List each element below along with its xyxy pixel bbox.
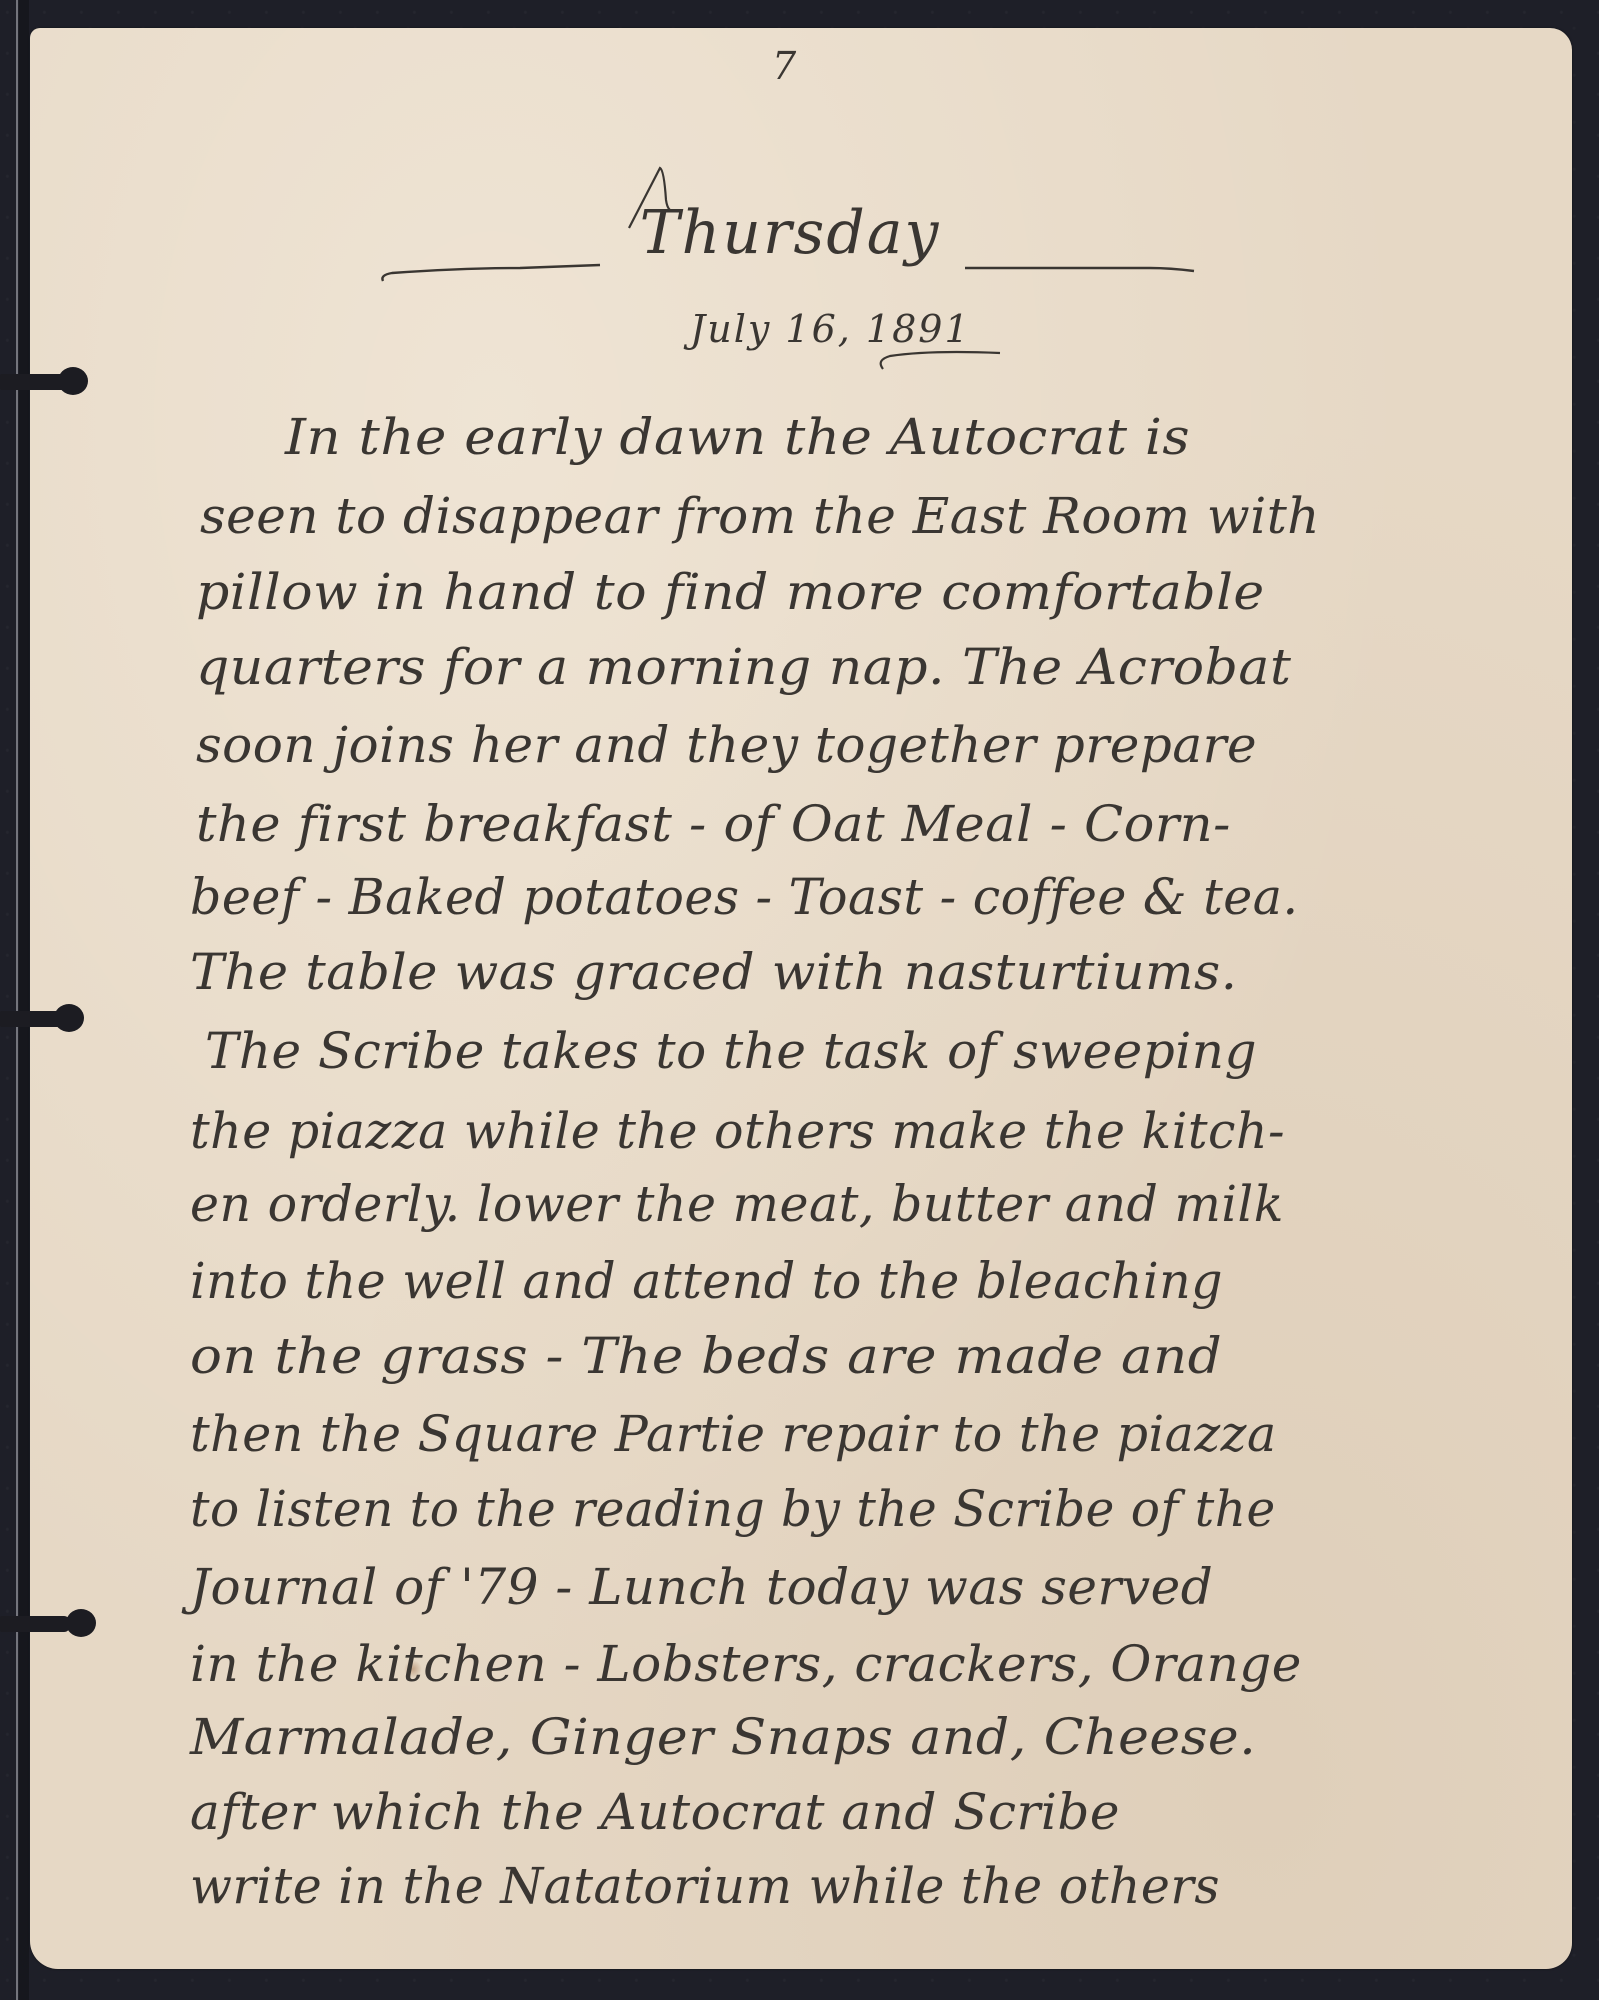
body-line: write in the Natatorium while the others (190, 1857, 1220, 1915)
body-line: soon joins her and they together prepare (196, 716, 1257, 774)
body-line: after which the Autocrat and Scribe (190, 1783, 1120, 1841)
binding-string (0, 1616, 70, 1632)
body-line: the piazza while the others make the kit… (190, 1102, 1285, 1160)
body-line: The table was graced with nasturtiums. (190, 943, 1237, 1001)
binding-hole-icon (58, 367, 88, 395)
body-line: seen to disappear from the East Room wit… (200, 487, 1320, 545)
body-line: beef - Baked potatoes - Toast - coffee &… (190, 868, 1299, 926)
binding-hole-icon (66, 1609, 96, 1637)
body-line: on the grass - The beds are made and (190, 1327, 1222, 1385)
body-line: then the Square Partie repair to the pia… (190, 1405, 1277, 1463)
body-line: pillow in hand to find more comfortable (196, 563, 1265, 621)
body-line: the first breakfast - of Oat Meal - Corn… (196, 795, 1231, 853)
binding-hole-icon (54, 1004, 84, 1032)
body-line: quarters for a morning nap. The Acrobat (196, 638, 1291, 696)
body-line: en orderly. lower the meat, butter and m… (190, 1175, 1284, 1233)
body-line: Marmalade, Ginger Snaps and, Cheese. (190, 1708, 1256, 1766)
body-line: The Scribe takes to the task of sweeping (205, 1022, 1257, 1080)
scanned-page-viewer: 7 Thursday July 16, 1891 In the early da… (0, 0, 1599, 2000)
body-line: Journal of '79 - Lunch today was served (190, 1558, 1213, 1616)
scanner-rail (16, 0, 18, 2000)
body-line: into the well and attend to the bleachin… (190, 1252, 1223, 1310)
body-line: in the kitchen - Lobsters, crackers, Ora… (190, 1635, 1302, 1693)
scanner-rail-shadow (19, 0, 29, 2000)
body-line: to listen to the reading by the Scribe o… (190, 1480, 1276, 1538)
page-number: 7 (772, 44, 796, 88)
day-heading: Thursday (620, 198, 960, 268)
entry-date: July 16, 1891 (690, 307, 971, 351)
body-line: In the early dawn the Autocrat is (285, 408, 1190, 466)
